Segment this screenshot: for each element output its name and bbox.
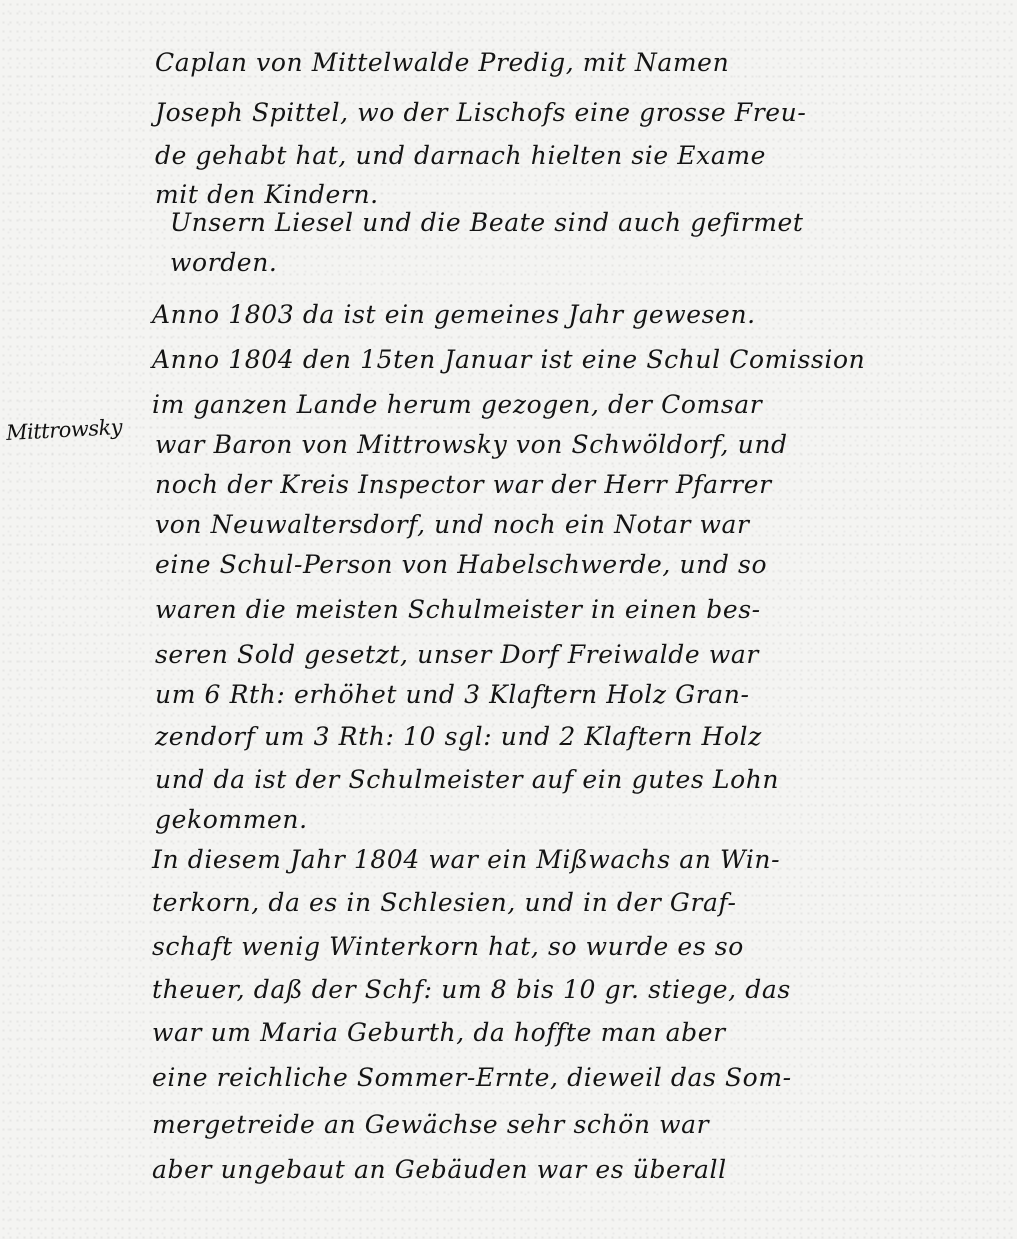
- manuscript-line: war um Maria Geburth, da hoffte man aber: [152, 1018, 726, 1047]
- manuscript-line: Anno 1804 den 15ten Januar ist eine Schu…: [152, 345, 865, 374]
- manuscript-line: eine Schul-Person von Habelschwerde, und…: [155, 550, 767, 579]
- manuscript-line: theuer, daß der Schf: um 8 bis 10 gr. st…: [152, 975, 791, 1004]
- manuscript-line: im ganzen Lande herum gezogen, der Comsa…: [152, 390, 762, 419]
- manuscript-line: Joseph Spittel, wo der Lischofs eine gro…: [155, 98, 806, 127]
- manuscript-line: waren die meisten Schulmeister in einen …: [155, 595, 761, 624]
- manuscript-line: Unsern Liesel und die Beate sind auch ge…: [170, 208, 804, 237]
- manuscript-line: gekommen.: [155, 805, 308, 834]
- manuscript-page: Mittrowsky Caplan von Mittelwalde Predig…: [0, 0, 1017, 1239]
- manuscript-line: terkorn, da es in Schlesien, und in der …: [152, 888, 737, 917]
- manuscript-line: Anno 1803 da ist ein gemeines Jahr gewes…: [152, 300, 756, 329]
- manuscript-line: mergetreide an Gewächse sehr schön war: [152, 1110, 709, 1139]
- manuscript-line: seren Sold gesetzt, unser Dorf Freiwalde…: [155, 640, 759, 669]
- margin-note-mittrowsky: Mittrowsky: [5, 415, 122, 445]
- manuscript-line: schaft wenig Winterkorn hat, so wurde es…: [152, 932, 744, 961]
- manuscript-line: und da ist der Schulmeister auf ein gute…: [155, 765, 779, 794]
- manuscript-line: aber ungebaut an Gebäuden war es überall: [152, 1155, 727, 1184]
- manuscript-line: war Baron von Mittrowsky von Schwöldorf,…: [155, 430, 788, 459]
- manuscript-line: de gehabt hat, und darnach hielten sie E…: [155, 141, 766, 170]
- manuscript-line: noch der Kreis Inspector war der Herr Pf…: [155, 470, 772, 499]
- manuscript-line: In diesem Jahr 1804 war ein Mißwachs an …: [152, 845, 780, 874]
- manuscript-line: worden.: [170, 248, 277, 277]
- manuscript-line: mit den Kindern.: [155, 180, 379, 209]
- manuscript-line: eine reichliche Sommer-Ernte, dieweil da…: [152, 1063, 792, 1092]
- manuscript-line: um 6 Rth: erhöhet und 3 Klaftern Holz Gr…: [155, 680, 750, 709]
- manuscript-line: von Neuwaltersdorf, und noch ein Notar w…: [155, 510, 750, 539]
- manuscript-line: Caplan von Mittelwalde Predig, mit Namen: [155, 48, 729, 77]
- manuscript-line: zendorf um 3 Rth: 10 sgl: und 2 Klaftern…: [155, 722, 762, 751]
